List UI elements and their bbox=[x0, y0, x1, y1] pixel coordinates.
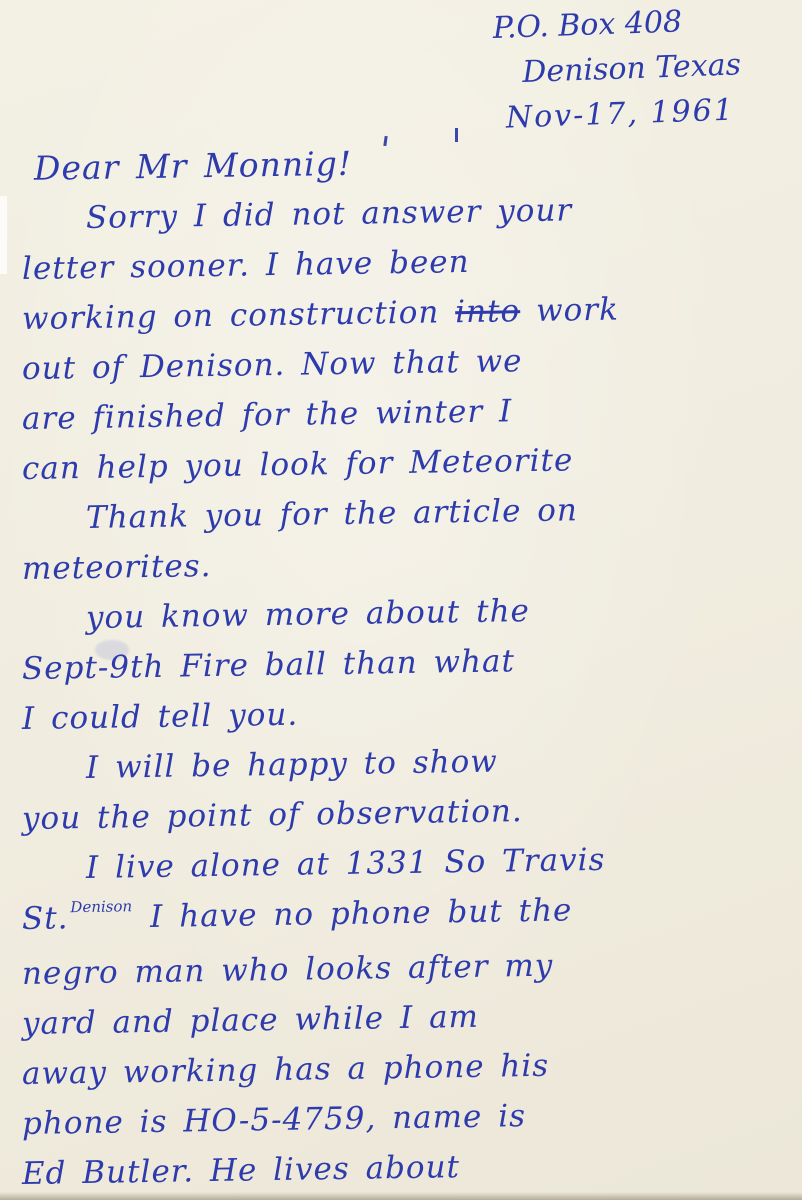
scan-bottom-shadow bbox=[0, 1192, 802, 1200]
scan-edge-artifact bbox=[0, 196, 7, 274]
line-text: work bbox=[520, 292, 619, 330]
letter-page: P.O. Box 408 Denison Texas Nov-17, 1961 … bbox=[0, 0, 802, 1200]
line-text: St. bbox=[22, 900, 69, 937]
line-text: I have no phone but the bbox=[134, 892, 573, 935]
letter-body: Dear Mr Monnig! Sorry I did not answer y… bbox=[22, 144, 802, 1199]
struck-word: into bbox=[455, 293, 521, 330]
line-text: working on construction bbox=[22, 294, 456, 337]
letter-header: P.O. Box 408 Denison Texas Nov-17, 1961 bbox=[492, 0, 802, 141]
inserted-word: Denison bbox=[70, 881, 133, 932]
